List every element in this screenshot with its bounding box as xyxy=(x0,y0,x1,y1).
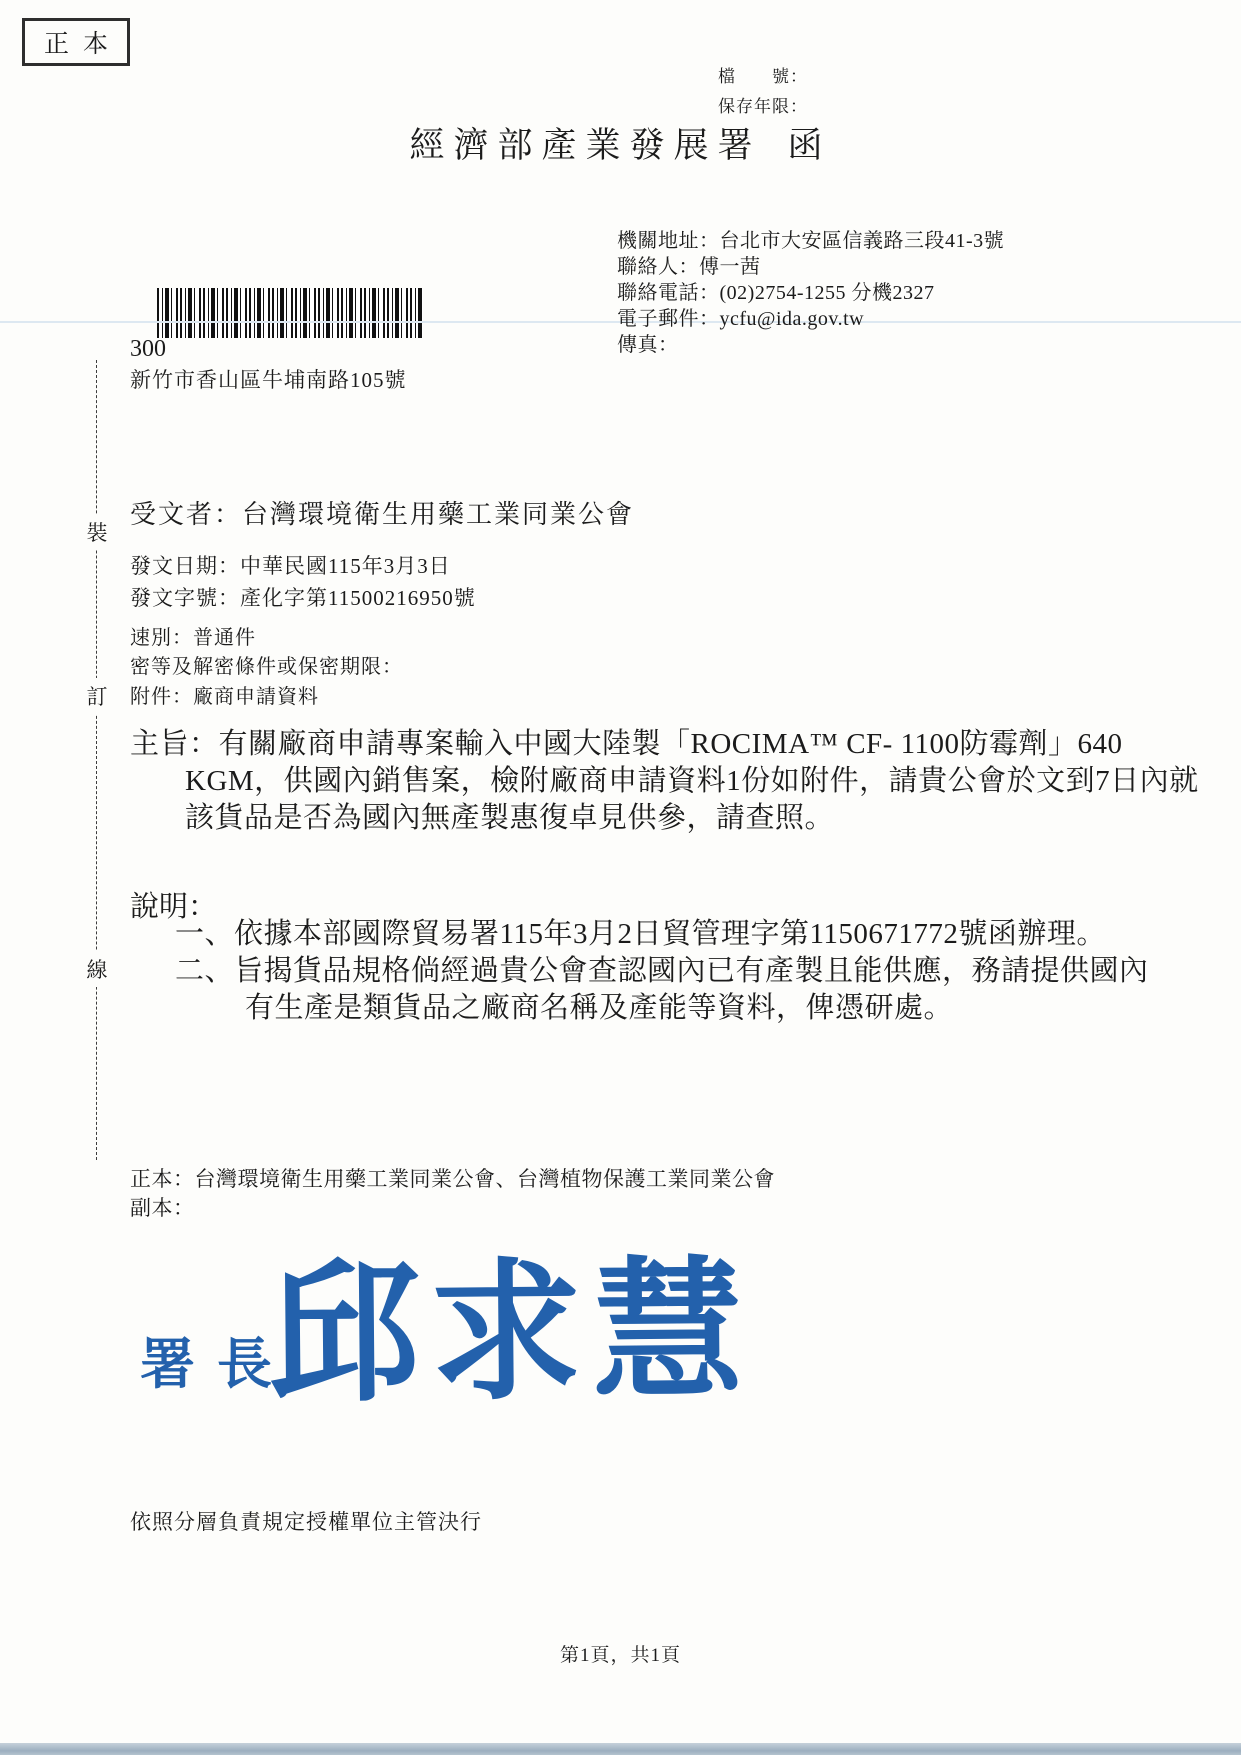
binding-line xyxy=(96,360,97,1160)
delegation-note: 依照分層負責規定授權單位主管決行 xyxy=(130,1506,482,1536)
explanation-item-2: 二、旨揭貨品規格倘經過貴公會查認國內已有產製且能供應，務請提供國內有生產是類貨品… xyxy=(175,953,1175,1027)
document-title: 經濟部產業發展署函 xyxy=(0,118,1241,168)
subject-text: 有關廠商申請專案輸入中國大陸製「ROCIMA™ CF- 1100防霉劑」640 … xyxy=(185,728,1199,834)
explanation-item-2-no: 二、 xyxy=(175,955,234,987)
explanation-item-1: 一、依據本部國際貿易署115年3月2日貿管理字第1150671772號函辦理。 xyxy=(175,916,1175,953)
document-number-line: 發文字號：產化字第11500216950號 xyxy=(130,582,476,612)
sender-address: 機關地址：台北市大安區信義路三段41-3號 xyxy=(617,228,1004,254)
binding-mark-zhuang: 裝 xyxy=(84,514,110,550)
letter-page: 正本 檔 號： 保存年限： 經濟部產業發展署函 機關地址：台北市大安區信義路三段… xyxy=(0,0,1241,1755)
signer-signature: 邱求慧 xyxy=(267,1256,754,1412)
distribution-copy-line: 副本： xyxy=(130,1192,195,1222)
security-class-line: 密等及解密條件或保密期限： xyxy=(130,650,403,679)
document-type: 函 xyxy=(788,126,832,165)
document-barcode xyxy=(157,288,423,338)
sender-phone: 聯絡電話：(02)2754-1255 分機2327 xyxy=(617,280,1004,306)
subject-paragraph: 主旨：有關廠商申請專案輸入中國大陸製「ROCIMA™ CF- 1100防霉劑」6… xyxy=(130,726,1210,837)
subject-label: 主旨： xyxy=(130,728,219,760)
page-footer: 第1頁，共1頁 xyxy=(0,1640,1241,1667)
binding-mark-ding: 訂 xyxy=(84,678,110,714)
recipient-name-line: 受文者：台灣環境衛生用藥工業同業公會 xyxy=(130,494,634,531)
sender-contact-block: 機關地址：台北市大安區信義路三段41-3號 聯絡人：傅一茜 聯絡電話：(02)2… xyxy=(617,228,1004,358)
attachment-line: 附件：廠商申請資料 xyxy=(130,680,319,709)
sender-email: 電子郵件：ycfu@ida.gov.tw xyxy=(617,306,1004,332)
scan-edge-band xyxy=(0,1743,1241,1755)
speed-class-line: 速別：普通件 xyxy=(130,621,256,650)
binding-mark-xian: 線 xyxy=(84,951,110,987)
recipient-postal-code: 300 xyxy=(130,336,166,363)
retention-period-label: 保存年限： xyxy=(718,92,808,117)
distribution-original-line: 正本：台灣環境衛生用藥工業同業公會、台灣植物保護工業同業公會 xyxy=(130,1163,775,1193)
explanation-list: 一、依據本部國際貿易署115年3月2日貿管理字第1150671772號函辦理。 … xyxy=(175,916,1175,1027)
file-number-label: 檔 號： xyxy=(718,62,808,87)
explanation-item-2-text: 旨揭貨品規格倘經過貴公會查認國內已有產製且能供應，務請提供國內有生產是類貨品之廠… xyxy=(234,955,1149,1024)
agency-name: 經濟部產業發展署 xyxy=(409,126,761,165)
explanation-item-1-no: 一、 xyxy=(175,918,234,950)
issue-date-line: 發文日期：中華民國115年3月3日 xyxy=(130,550,451,580)
sender-fax: 傳真： xyxy=(617,332,1004,358)
original-copy-stamp: 正本 xyxy=(22,18,130,66)
sender-contact-person: 聯絡人：傅一茜 xyxy=(617,254,1004,280)
recipient-address: 新竹市香山區牛埔南路105號 xyxy=(130,364,407,394)
explanation-item-1-text: 依據本部國際貿易署115年3月2日貿管理字第1150671772號函辦理。 xyxy=(234,918,1106,950)
